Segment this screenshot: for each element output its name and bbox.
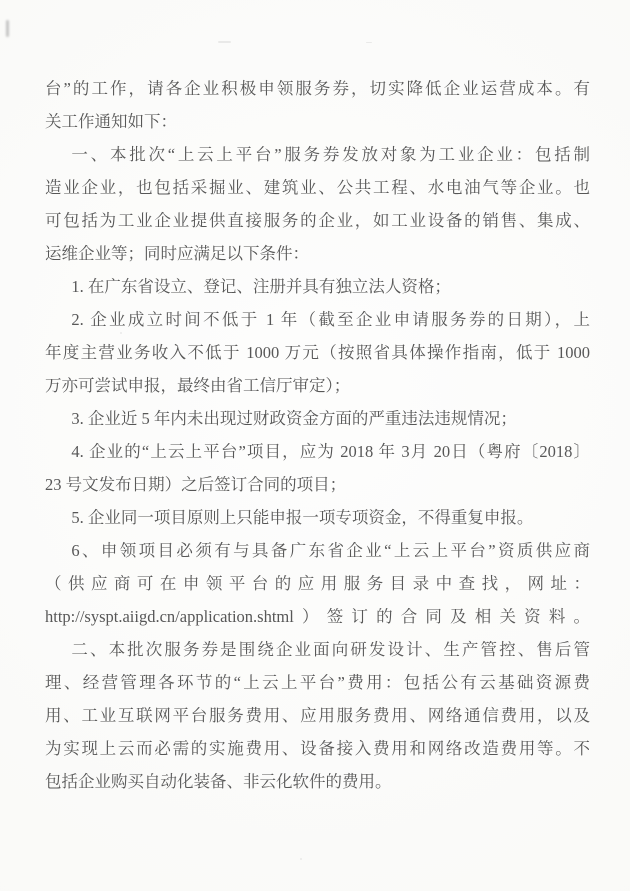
text-line: 为实现上云而必需的实施费用、设备接入费用和网络改造费用等。不 — [45, 732, 590, 765]
document-body: 台”的工作，请各企业积极申领服务券，切实降低企业运营成本。有 关工作通知如下： … — [45, 72, 590, 798]
text-line: 理、经营管理各环节的“上云上平台”费用：包括公有云基础资源费 — [45, 666, 590, 699]
scan-smudge — [6, 20, 9, 37]
scan-speck — [300, 858, 302, 860]
text-line: 5. 企业同一项目原则上只能申报一项专项资金，不得重复申报。 — [45, 501, 590, 534]
text-line: 4. 企业的“上云上平台”项目，应为 2018 年 3月 20日（粤府〔2018… — [45, 435, 590, 468]
text-line: 用、工业互联网平台服务费用、应用服务费用、网络通信费用，以及 — [45, 699, 590, 732]
text-line: 3. 企业近 5 年内未出现过财政资金方面的严重违法违规情况； — [45, 402, 590, 435]
text-line: 万亦可尝试申报，最终由省工信厅审定）； — [45, 369, 590, 402]
scan-speck — [366, 42, 372, 43]
text-line: 二、本批次服务券是围绕企业面向研发设计、生产管控、售后管 — [45, 633, 590, 666]
text-line: http://syspt.aiigd.cn/application.shtml）… — [45, 600, 590, 633]
text-line: 造业企业，也包括采掘业、建筑业、公共工程、水电油气等企业。也 — [45, 171, 590, 204]
text-line: 23 号文发布日期）之后签订合同的项目； — [45, 468, 590, 501]
text-line: 一、本批次“上云上平台”服务券发放对象为工业企业：包括制 — [45, 138, 590, 171]
text-line: 可包括为工业企业提供直接服务的企业，如工业设备的销售、集成、 — [45, 204, 590, 237]
text-line: 6、申领项目必须有与具备广东省企业“上云上平台”资质供应商 — [45, 534, 590, 567]
scan-speck — [218, 41, 231, 43]
text-line: 2. 企业成立时间不低于 1 年（截至企业申请服务券的日期），上 — [45, 303, 590, 336]
text-line: 年度主营业务收入不低于 1000 万元（按照省具体操作指南，低于 1000 — [45, 336, 590, 369]
document-page: 台”的工作，请各企业积极申领服务券，切实降低企业运营成本。有 关工作通知如下： … — [0, 0, 630, 891]
text-line: 运维企业等；同时应满足以下条件： — [45, 237, 590, 270]
text-line: 1. 在广东省设立、登记、注册并具有独立法人资格； — [45, 270, 590, 303]
text-line: 关工作通知如下： — [45, 105, 590, 138]
text-line: 台”的工作，请各企业积极申领服务券，切实降低企业运营成本。有 — [45, 72, 590, 105]
text-line: （供应商可在申领平台的应用服务目录中查找，网址： — [45, 567, 590, 600]
text-line: 包括企业购买自动化装备、非云化软件的费用。 — [45, 765, 590, 798]
